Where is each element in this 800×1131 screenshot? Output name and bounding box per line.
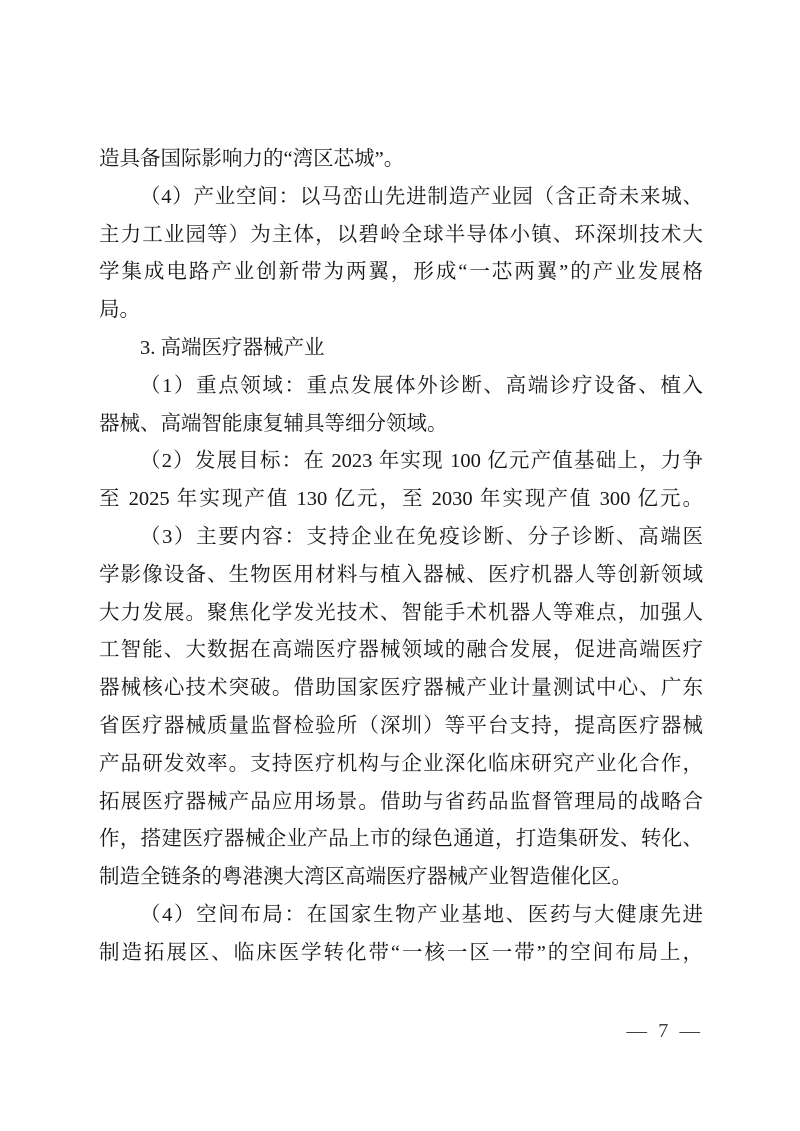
text-line: 主力工业园等）为主体，以碧岭全球半导体小镇、环深圳技术大 <box>99 217 703 255</box>
text-line: （2）发展目标：在 2023 年实现 100 亿元产值基础上，力争 <box>99 443 703 481</box>
text-line: 省医疗器械质量监督检验所（深圳）等平台支持，提高医疗器械 <box>99 708 703 746</box>
text-line: 产品研发效率。支持医疗机构与企业深化临床研究产业化合作， <box>99 746 703 784</box>
text-line: 大力发展。聚焦化学发光技术、智能手术机器人等难点，加强人 <box>99 595 703 633</box>
text-line: 工智能、大数据在高端医疗器械领域的融合发展，促进高端医疗 <box>99 632 703 670</box>
document-page: 造具备国际影响力的“湾区芯城”。（4）产业空间：以马峦山先进制造产业园（含正奇未… <box>0 0 800 1131</box>
text-line: 器械核心技术突破。借助国家医疗器械产业计量测试中心、广东 <box>99 670 703 708</box>
text-line: 3. 高端医疗器械产业 <box>99 330 703 368</box>
text-line: （4）空间布局：在国家生物产业基地、医药与大健康先进 <box>99 897 703 935</box>
text-line: （4）产业空间：以马峦山先进制造产业园（含正奇未来城、 <box>99 179 703 217</box>
text-line: （3）主要内容：支持企业在免疫诊断、分子诊断、高端医 <box>99 519 703 557</box>
text-line: （1）重点领域：重点发展体外诊断、高端诊疗设备、植入 <box>99 368 703 406</box>
text-line: 制造全链条的粤港澳大湾区高端医疗器械产业智造催化区。 <box>99 859 703 897</box>
text-line: 作，搭建医疗器械企业产品上市的绿色通道，打造集研发、转化、 <box>99 821 703 859</box>
page-number: — 7 — <box>627 1017 704 1045</box>
document-body: 造具备国际影响力的“湾区芯城”。（4）产业空间：以马峦山先进制造产业园（含正奇未… <box>99 141 703 973</box>
text-line: 至 2025 年实现产值 130 亿元，至 2030 年实现产值 300 亿元。 <box>99 481 703 519</box>
text-line: 造具备国际影响力的“湾区芯城”。 <box>99 141 703 179</box>
text-line: 拓展医疗器械产品应用场景。借助与省药品监督管理局的战略合 <box>99 784 703 822</box>
text-line: 学影像设备、生物医用材料与植入器械、医疗机器人等创新领域 <box>99 557 703 595</box>
text-line: 学集成电路产业创新带为两翼，形成“一芯两翼”的产业发展格 <box>99 254 703 292</box>
text-line: 制造拓展区、临床医学转化带“一核一区一带”的空间布局上， <box>99 935 703 973</box>
text-line: 局。 <box>99 292 703 330</box>
text-line: 器械、高端智能康复辅具等细分领域。 <box>99 406 703 444</box>
